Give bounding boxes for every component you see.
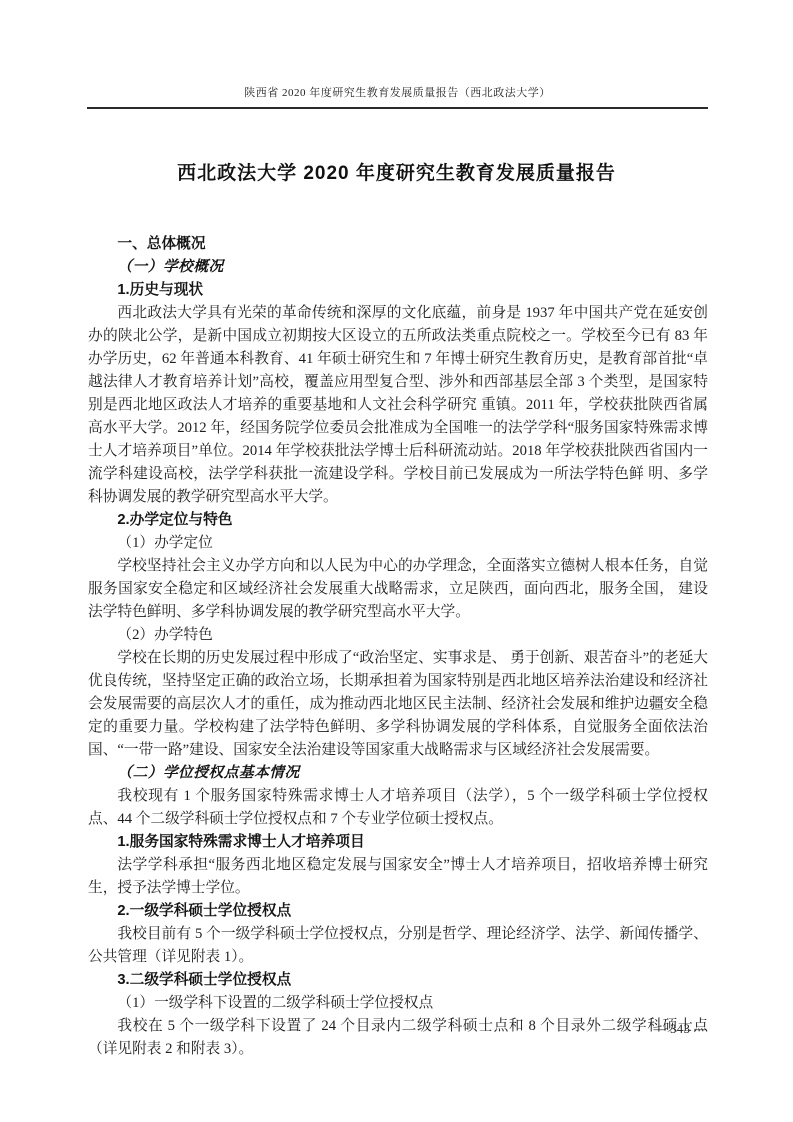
paragraph: 我校现有 1 个服务国家特殊需求博士人才培养项目（法学），5 个一级学科硕士学位…: [88, 785, 708, 831]
page-number: — 343 —: [654, 1022, 708, 1037]
document-page: 陕西省 2020 年度研究生教育发展质量报告（西北政法大学） 西北政法大学 20…: [0, 0, 793, 1122]
paragraph: 我校在 5 个一级学科下设置了 24 个目录内二级学科硕士点和 8 个目录外二级…: [88, 1015, 708, 1061]
numbered-heading: 1.服务国家特殊需求博士人才培养项目: [88, 831, 708, 854]
paragraph: 法学学科承担“服务西北地区稳定发展与国家安全”博士人才培养项目，招收培养博士研究…: [88, 854, 708, 900]
list-item-heading: （2）办学特色: [88, 624, 708, 647]
numbered-heading: 2.办学定位与特色: [88, 509, 708, 532]
running-header-text: 陕西省 2020 年度研究生教育发展质量报告（西北政法大学）: [244, 87, 551, 99]
list-item-heading: （1）办学定位: [88, 532, 708, 555]
document-body: 一、总体概况（一）学校概况1.历史与现状西北政法大学具有光荣的革命传统和深厚的文…: [88, 233, 708, 1061]
paragraph: 西北政法大学具有光荣的革命传统和深厚的文化底蕴，前身是 1937 年中国共产党在…: [88, 302, 708, 509]
numbered-heading: 3.二级学科硕士学位授权点: [88, 969, 708, 992]
paragraph: 我校目前有 5 个一级学科硕士学位授权点，分别是哲学、理论经济学、法学、新闻传播…: [88, 923, 708, 969]
section-heading: 一、总体概况: [88, 233, 708, 256]
paragraph: 学校坚持社会主义办学方向和以人民为中心的办学理念，全面落实立德树人根本任务，自觉…: [88, 555, 708, 624]
numbered-heading: 2.一级学科硕士学位授权点: [88, 900, 708, 923]
page-title: 西北政法大学 2020 年度研究生教育发展质量报告: [0, 161, 793, 187]
subsection-heading: （二）学位授权点基本情况: [88, 762, 708, 785]
numbered-heading: 1.历史与现状: [88, 279, 708, 302]
running-header: 陕西省 2020 年度研究生教育发展质量报告（西北政法大学）: [87, 86, 708, 109]
list-item-heading: （1）一级学科下设置的二级学科硕士学位授权点: [88, 992, 708, 1015]
paragraph: 学校在长期的历史发展过程中形成了“政治坚定、实事求是、 勇于创新、艰苦奋斗”的老…: [88, 647, 708, 762]
subsection-heading: （一）学校概况: [88, 256, 708, 279]
